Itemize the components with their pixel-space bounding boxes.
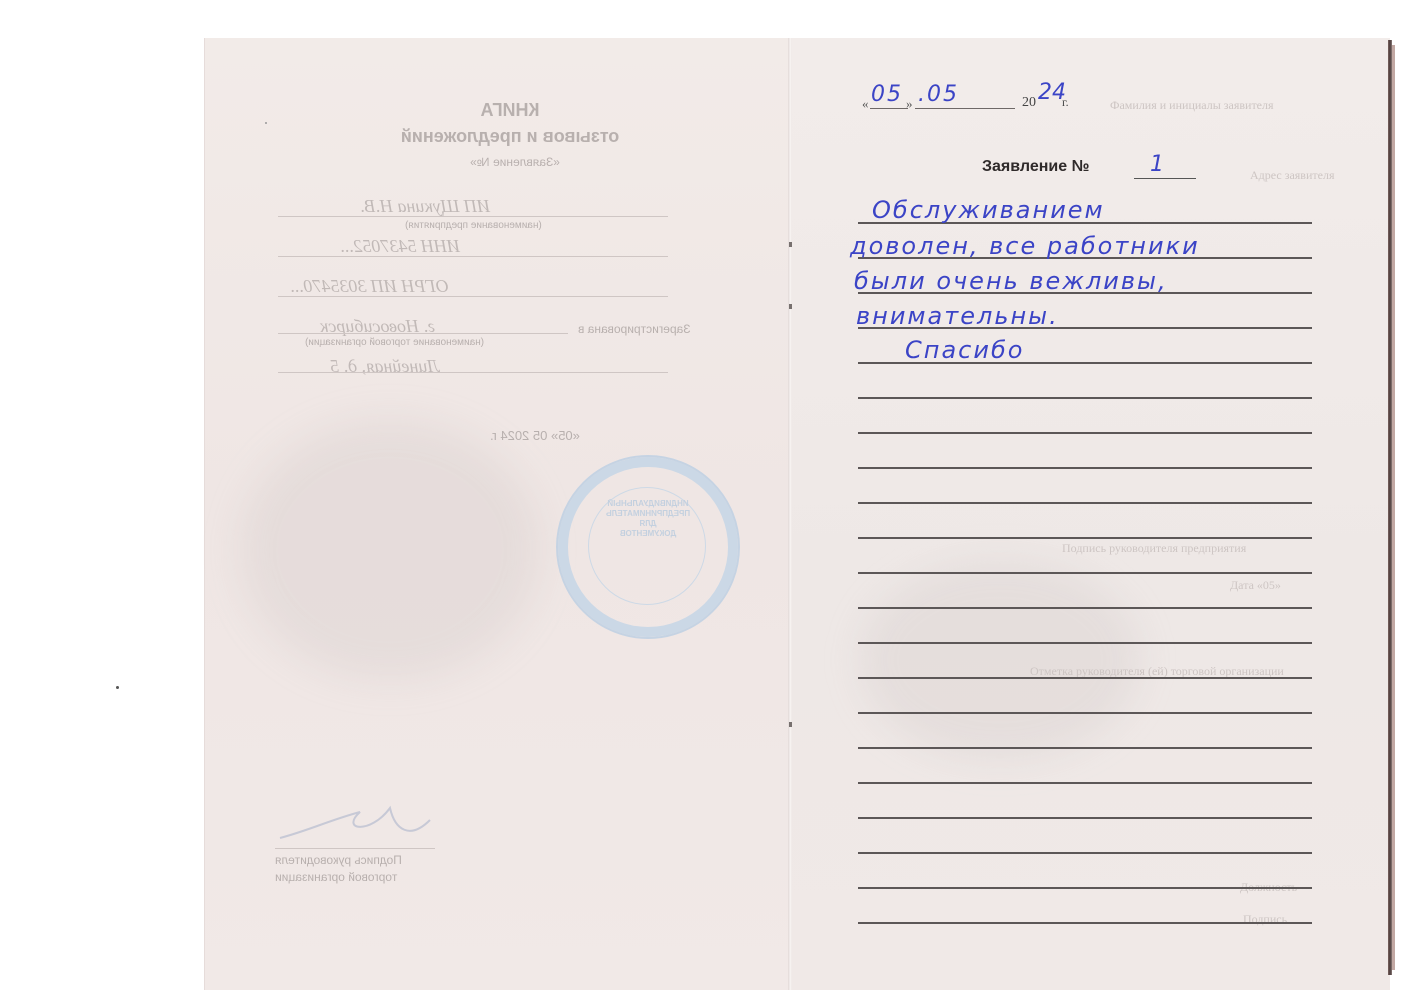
bleed-line: [278, 216, 668, 217]
ruled-line: [858, 712, 1312, 714]
handwritten-line-4: внимательны.: [856, 302, 1059, 330]
bleed-signature-label: Подпись руководителя предприятия: [1062, 541, 1246, 556]
date-year-unit: г.: [1062, 95, 1069, 110]
paper-shadow: [240, 420, 540, 680]
ruled-line: [858, 817, 1312, 819]
ruled-line: [858, 852, 1312, 854]
bleed-hand-line1: ИП Щукина Н.В.: [360, 196, 490, 217]
ruled-line: [858, 572, 1312, 574]
bleed-title-line1: КНИГА: [430, 100, 590, 121]
bleed-title-line2: отзывов и предложений: [345, 126, 675, 147]
bleed-caption1: (наименование предприятия): [405, 220, 542, 231]
date-day: 05: [871, 82, 903, 107]
ruled-line: [858, 537, 1312, 539]
ruled-line: [858, 747, 1312, 749]
bleed-line: [278, 256, 668, 257]
ruled-line: [858, 642, 1312, 644]
bleed-subtitle: «Заявление №»: [455, 155, 575, 169]
ruled-line: [858, 922, 1312, 924]
bleed-line: [278, 333, 568, 334]
bleed-hand-line2: ИНН 5437052...: [340, 236, 460, 257]
scan-speck: [116, 686, 119, 689]
bleed-registered-label: Зарегистрирована в: [578, 322, 691, 336]
bleed-signature-word: Подпись: [1243, 912, 1287, 927]
bleed-line: [278, 296, 668, 297]
ruled-line: [858, 607, 1312, 609]
round-stamp: ИНДИВИДУАЛЬНЫЙ ПРЕДПРИНИМАТЕЛЬ ДЛЯ ДОКУМ…: [556, 455, 740, 639]
handwritten-line-2: доволен, все работники: [850, 232, 1200, 260]
bleed-date-label: Дата «05»: [1230, 578, 1281, 593]
date-day-line: [870, 108, 908, 109]
handwritten-line-5: Спасибо: [905, 336, 1024, 364]
bleed-signature-caption2: торговой организации: [275, 870, 397, 884]
bleed-hand-line3: ОГРН ИП 3035470...: [290, 276, 449, 297]
bleed-line: [278, 372, 668, 373]
statement-number: 1: [1150, 152, 1166, 177]
date-open-quote: «: [862, 96, 869, 112]
ruled-line: [858, 887, 1312, 889]
date-month: .05: [918, 82, 959, 107]
bleed-signature-caption1: Подпись руководителя: [275, 853, 402, 867]
handwritten-line-3: были очень вежливы,: [854, 267, 1168, 295]
ruled-line: [858, 467, 1312, 469]
ruled-line: [858, 432, 1312, 434]
statement-title: Заявление №: [982, 158, 1089, 176]
ruled-line: [858, 677, 1312, 679]
date-close-quote: »: [906, 96, 913, 112]
ruled-line: [858, 502, 1312, 504]
statement-number-line: [1134, 178, 1196, 179]
paper-shadow: [860, 560, 1140, 760]
book-edge-inner: [1392, 45, 1395, 970]
scan-speck: [265, 122, 267, 124]
stamp-text: ИНДИВИДУАЛЬНЫЙ ПРЕДПРИНИМАТЕЛЬ ДЛЯ ДОКУМ…: [558, 499, 738, 539]
bleed-surname-label: Фамилия и инициалы заявителя: [1110, 98, 1274, 113]
ruled-line: [858, 397, 1312, 399]
bleed-line: [275, 848, 435, 849]
date-month-line: [915, 108, 1015, 109]
bleed-signature-icon: [270, 800, 440, 850]
ruled-line: [858, 782, 1312, 784]
date-year-prefix: 20: [1022, 95, 1036, 111]
bleed-date-fragment: «05» 05 2024 г.: [490, 428, 580, 443]
handwritten-line-1: Обслуживанием: [872, 196, 1105, 224]
bleed-caption2: (наименование торговой организации): [305, 337, 484, 348]
bleed-address-label: Адрес заявителя: [1250, 168, 1334, 183]
bleed-hand-line5: Линейная, д. 5: [330, 356, 440, 377]
